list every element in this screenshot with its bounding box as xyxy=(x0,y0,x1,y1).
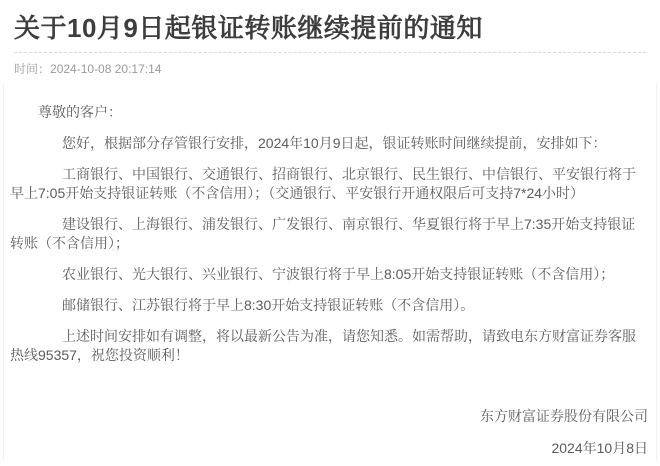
title-divider xyxy=(14,52,646,53)
signature-block: 东方财富证券股份有限公司 2024年10月8日 xyxy=(10,407,648,458)
signature-date: 2024年10月8日 xyxy=(10,439,648,458)
paragraph-banks-735: 建设银行、上海银行、浦发银行、广发银行、南京银行、华夏银行将于早上7:35开始支… xyxy=(10,215,648,253)
paragraph-closing: 上述时间安排如有调整，将以最新公告为准，请您知悉。如需帮助，请致电东方财富证券客… xyxy=(10,327,648,365)
timestamp-label: 时间： xyxy=(14,62,50,76)
publish-timestamp: 时间：2024-10-08 20:17:14 xyxy=(14,62,646,76)
page-title: 关于10月9日起银证转账继续提前的通知 xyxy=(14,12,646,44)
notice-page: 关于10月9日起银证转账继续提前的通知 时间：2024-10-08 20:17:… xyxy=(0,0,660,466)
timestamp-value: 2024-10-08 20:17:14 xyxy=(50,62,161,76)
signature-company: 东方财富证券股份有限公司 xyxy=(10,407,648,426)
notice-content-box: 尊敬的客户： 您好，根据部分存管银行安排，2024年10月9日起，银证转账时间继… xyxy=(3,83,657,461)
notice-body: 尊敬的客户： 您好，根据部分存管银行安排，2024年10月9日起，银证转账时间继… xyxy=(10,103,648,458)
paragraph-banks-830: 邮储银行、江苏银行将于早上8:30开始支持银证转账（不含信用）。 xyxy=(10,296,648,315)
salutation: 尊敬的客户： xyxy=(10,103,648,122)
paragraph-intro: 您好，根据部分存管银行安排，2024年10月9日起，银证转账时间继续提前，安排如… xyxy=(10,134,648,153)
paragraph-banks-705: 工商银行、中国银行、交通银行、招商银行、北京银行、民生银行、中信银行、平安银行将… xyxy=(10,165,648,203)
paragraph-banks-805: 农业银行、光大银行、兴业银行、宁波银行将于早上8:05开始支持银证转账（不含信用… xyxy=(10,265,648,284)
page-header: 关于10月9日起银证转账继续提前的通知 时间：2024-10-08 20:17:… xyxy=(0,0,660,76)
